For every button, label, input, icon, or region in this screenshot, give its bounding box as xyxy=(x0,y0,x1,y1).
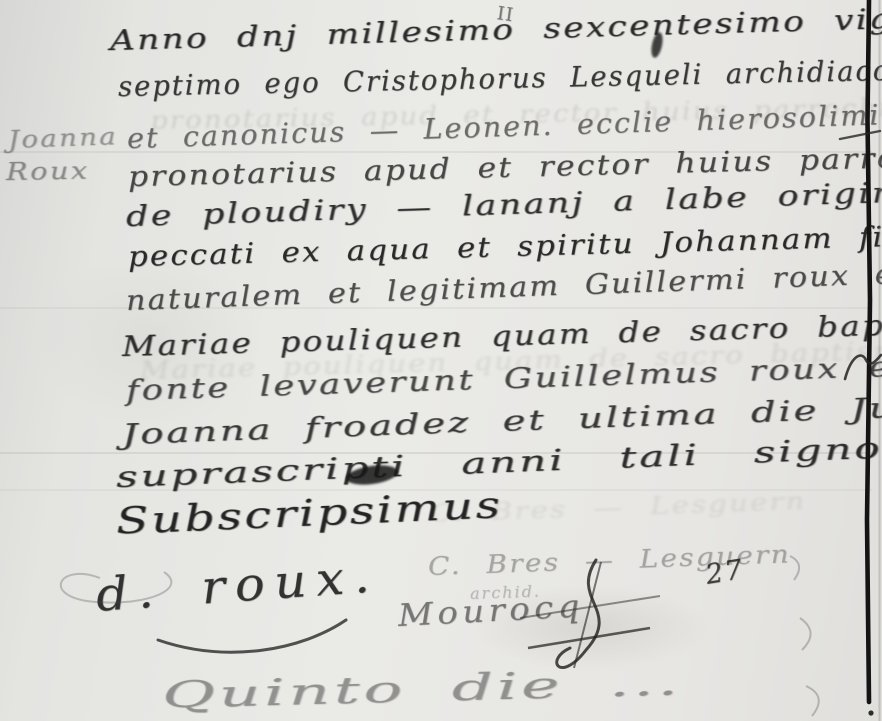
faint-curl xyxy=(800,618,811,650)
rule-end-dot xyxy=(868,710,873,715)
margin-note-surname: Roux xyxy=(6,157,90,186)
signature-flourish-name: Mourocq xyxy=(397,588,585,634)
signature-roux: d. roux. xyxy=(94,548,381,622)
margin-note-name: Joanna xyxy=(8,122,119,154)
signature-number: 27 xyxy=(704,554,747,591)
next-entry-fragment: Quinto die ... xyxy=(161,662,681,717)
body-line-1: Anno dnj millesimo sexcentesimo vigesi xyxy=(110,1,882,57)
manuscript-page: II Joanna Roux pronotarius apud et recto… xyxy=(0,0,882,721)
faint-curl xyxy=(806,686,819,716)
paraph-cross-stroke xyxy=(528,628,650,648)
body-line-12: Subscripsimus xyxy=(115,485,503,543)
roux-underline-flourish xyxy=(158,620,346,652)
